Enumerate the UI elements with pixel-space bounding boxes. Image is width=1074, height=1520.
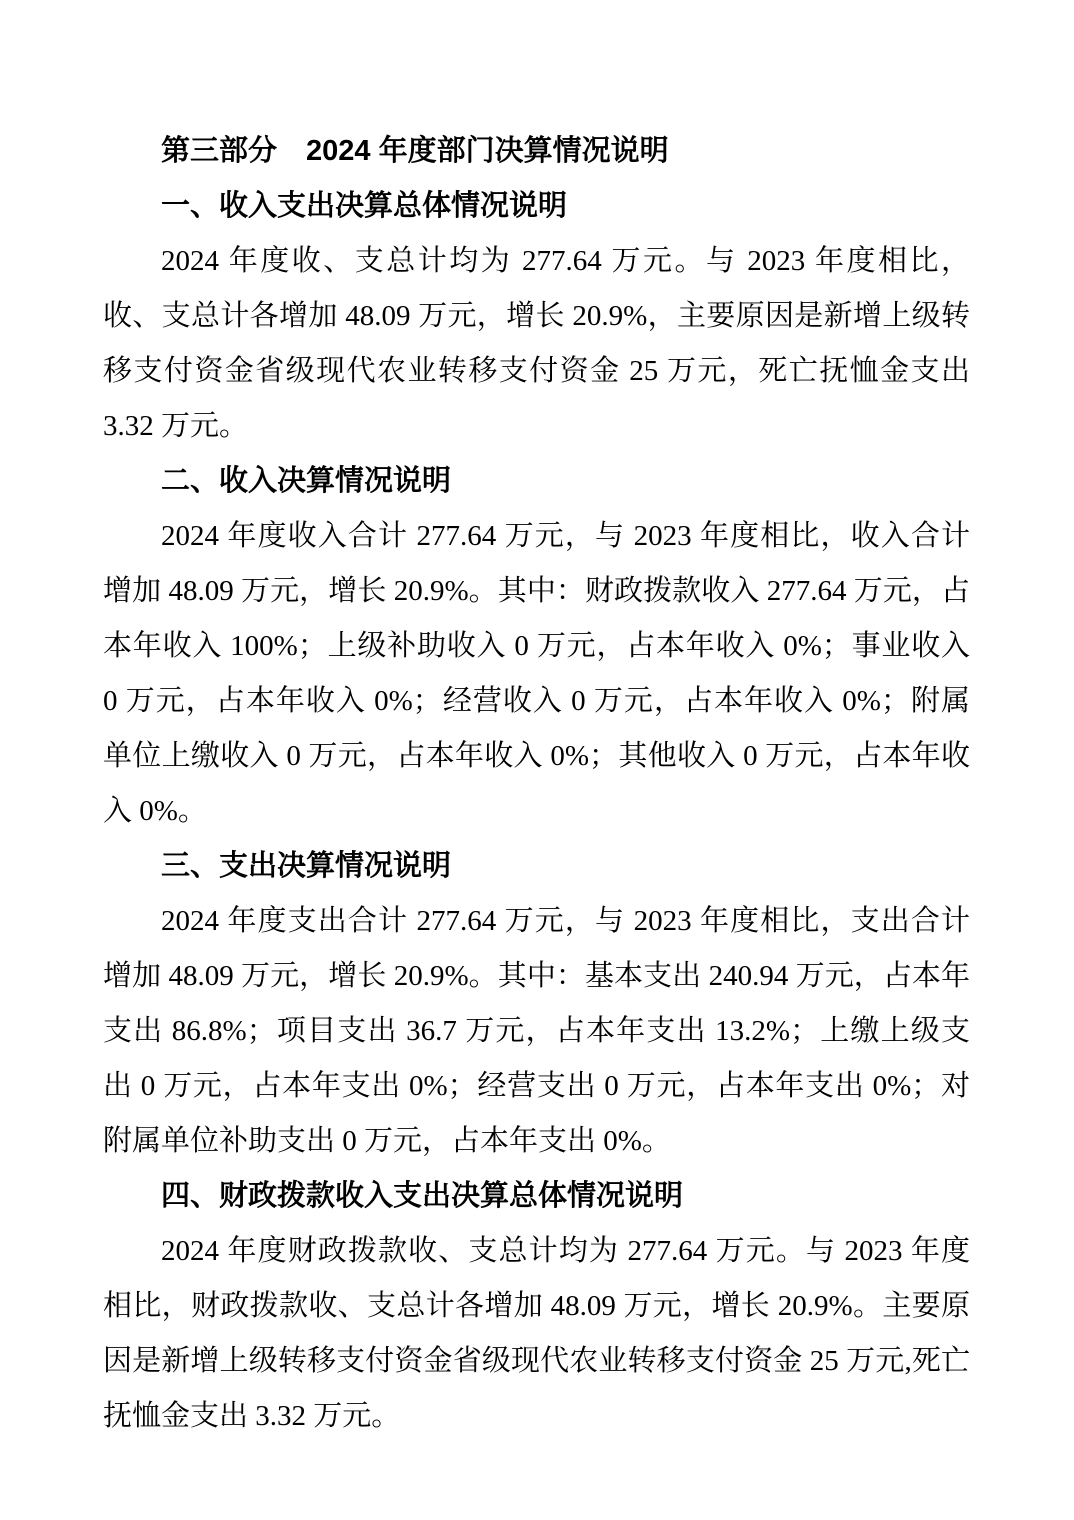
document-body: 第三部分 2024 年度部门决算情况说明一、收入支出决算总体情况说明2024 年… [103, 124, 970, 1444]
section-heading: 第三部分 2024 年度部门决算情况说明 [103, 124, 970, 179]
paragraph: 2024 年度收、支总计均为 277.64 万元。与 2023 年度相比，收、支… [103, 234, 970, 454]
section-heading: 三、支出决算情况说明 [103, 839, 970, 894]
paragraph: 2024 年度收入合计 277.64 万元，与 2023 年度相比，收入合计增加… [103, 509, 970, 839]
section-heading: 四、财政拨款收入支出决算总体情况说明 [103, 1169, 970, 1224]
section-heading: 一、收入支出决算总体情况说明 [103, 179, 970, 234]
page: 第三部分 2024 年度部门决算情况说明一、收入支出决算总体情况说明2024 年… [0, 0, 1074, 1520]
section-heading: 二、收入决算情况说明 [103, 454, 970, 509]
paragraph: 2024 年度支出合计 277.64 万元，与 2023 年度相比，支出合计增加… [103, 894, 970, 1169]
paragraph: 2024 年度财政拨款收、支总计均为 277.64 万元。与 2023 年度相比… [103, 1224, 970, 1444]
